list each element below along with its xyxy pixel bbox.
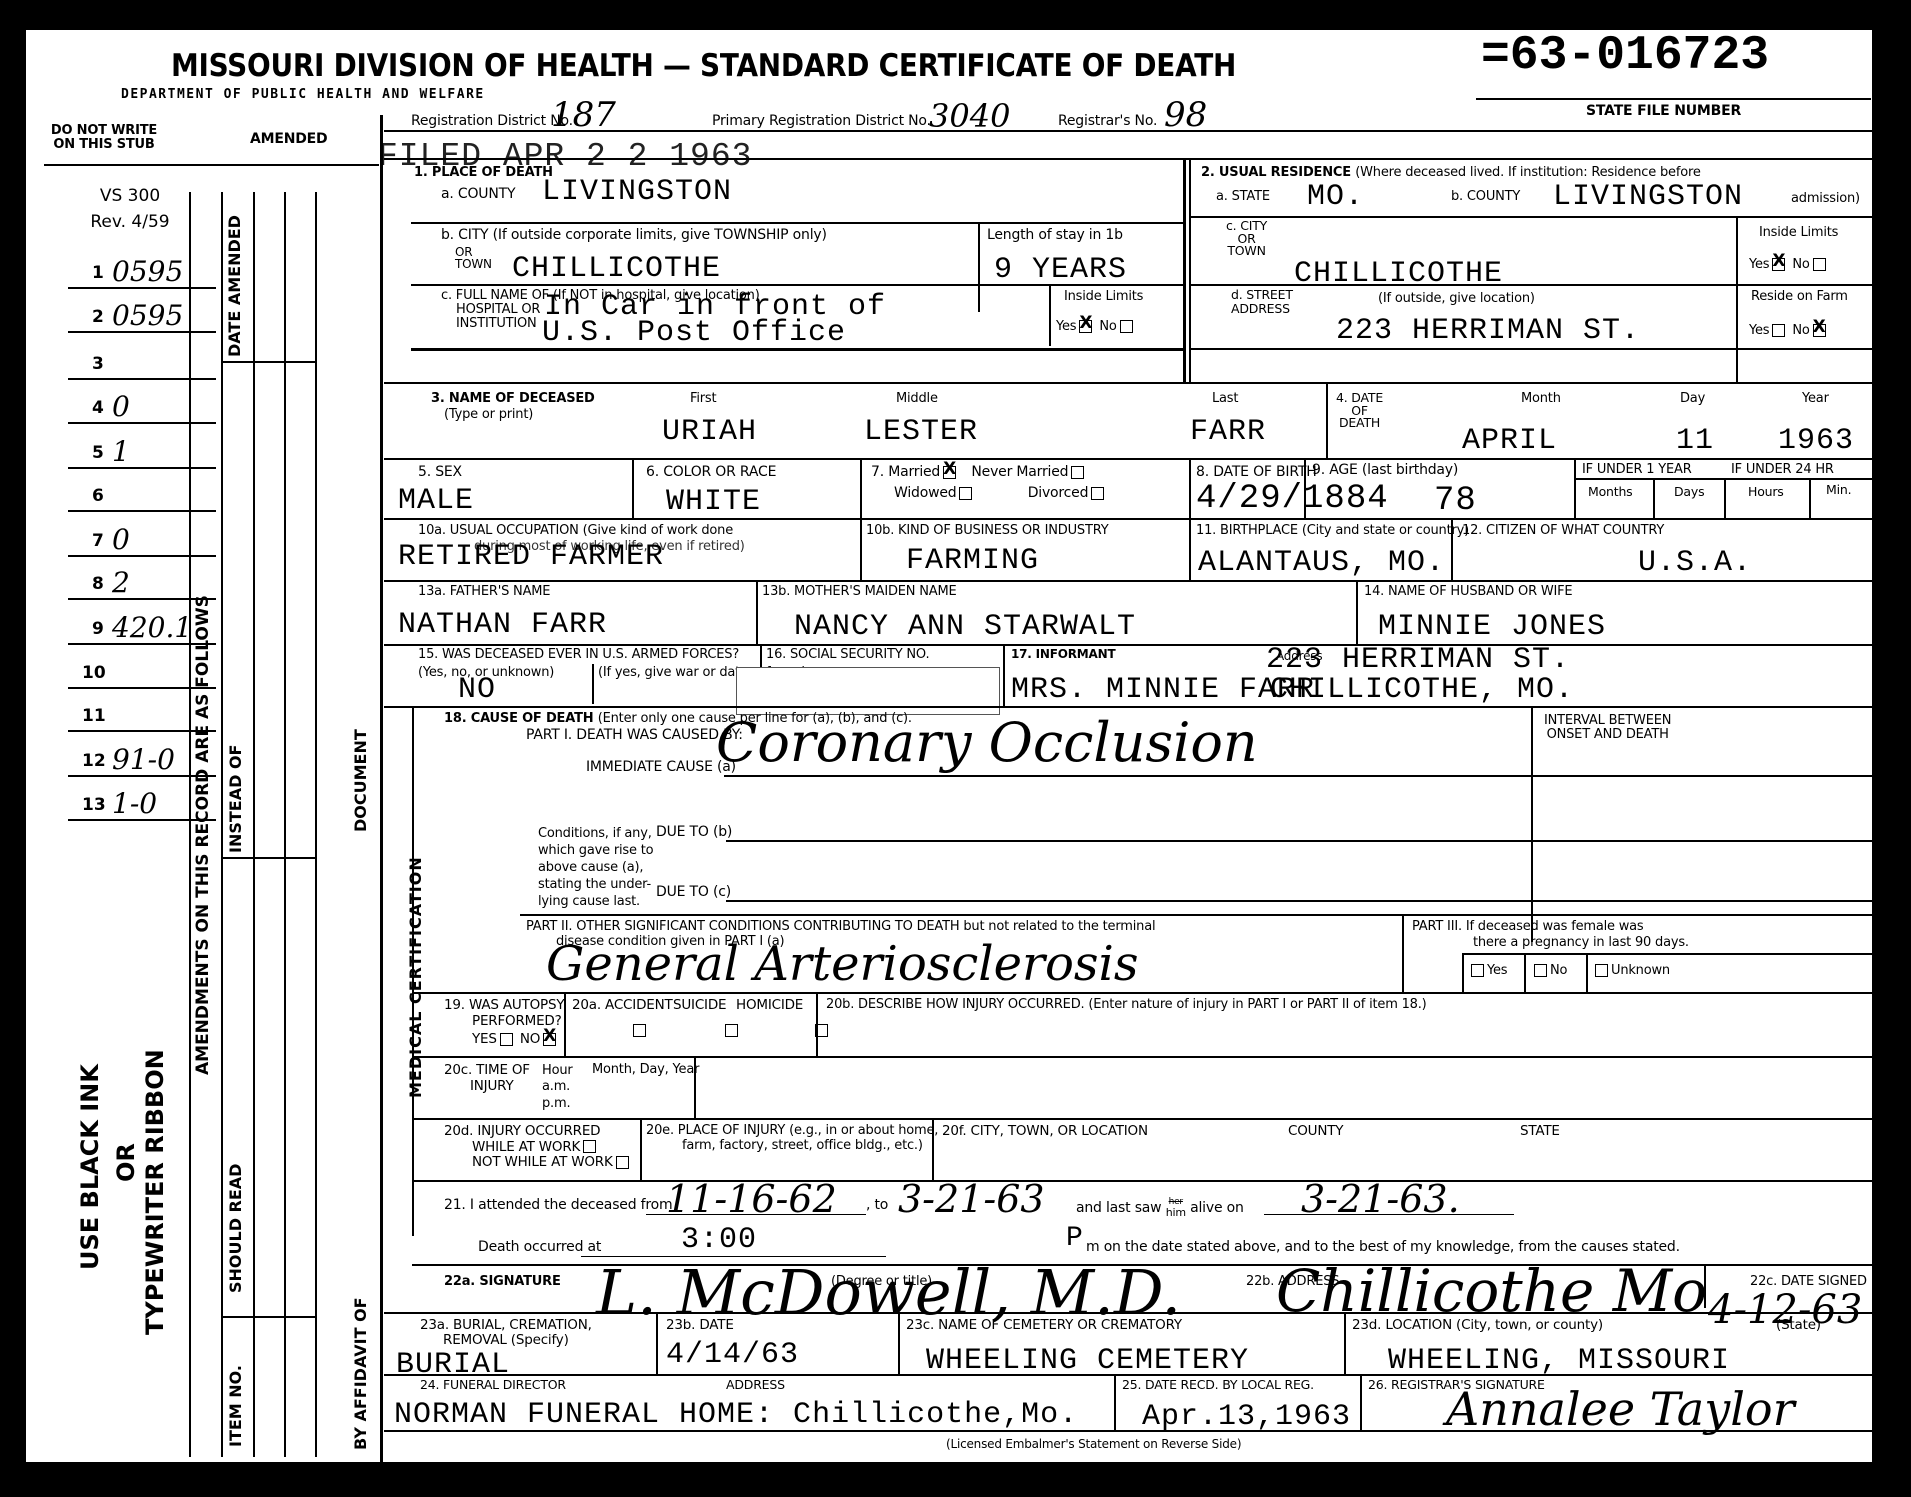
stub-row-number: 5 bbox=[92, 443, 104, 463]
res-inside-limits-yes-checkbox[interactable] bbox=[1772, 258, 1785, 271]
occupation-label: 10a. USUAL OCCUPATION (Give kind of work… bbox=[418, 524, 733, 538]
burial-date-label: 23b. DATE bbox=[666, 1318, 734, 1332]
stub-divider bbox=[380, 115, 383, 1462]
hospital-label-2: HOSPITAL ORINSTITUTION bbox=[456, 303, 540, 332]
divider bbox=[1326, 382, 1328, 460]
res-inside-limits-label: Inside Limits bbox=[1759, 226, 1838, 240]
divider bbox=[1476, 98, 1871, 100]
pregnancy-no-checkbox[interactable] bbox=[1534, 964, 1547, 977]
industry-value: FARMING bbox=[906, 546, 1039, 576]
death-pm-value: P bbox=[1066, 1225, 1084, 1253]
stub-row-value: 0 bbox=[112, 390, 130, 423]
stub-row-line bbox=[68, 331, 216, 333]
date-recd-label: 25. DATE RECD. BY LOCAL REG. bbox=[1122, 1378, 1314, 1391]
name-note: (Type or print) bbox=[444, 408, 533, 422]
injury-county-label: COUNTY bbox=[1288, 1124, 1343, 1138]
stub-row-number: 1 bbox=[92, 263, 104, 283]
admission-note: admission) bbox=[1791, 192, 1860, 206]
stub-row-value: 91-0 bbox=[112, 743, 175, 776]
divider bbox=[1736, 216, 1738, 384]
stub-row-number: 2 bbox=[92, 307, 104, 327]
industry-label: 10b. KIND OF BUSINESS OR INDUSTRY bbox=[866, 524, 1108, 538]
divider bbox=[384, 580, 1872, 582]
divider bbox=[932, 1118, 934, 1180]
divider bbox=[978, 222, 980, 312]
day-label: Day bbox=[1680, 392, 1705, 406]
divider bbox=[412, 992, 1872, 994]
burial-date-value: 4/14/63 bbox=[666, 1340, 799, 1370]
typewriter-ribbon-label: TYPEWRITER RIBBON bbox=[141, 1049, 169, 1335]
sex-label: 5. SEX bbox=[418, 465, 462, 480]
time-injury-label: 20c. TIME OFINJURY bbox=[444, 1063, 530, 1094]
city-label: b. CITY (If outside corporate limits, gi… bbox=[441, 228, 827, 243]
stub-row-number: 11 bbox=[82, 706, 106, 726]
citizen-label: 12. CITIZEN OF WHAT COUNTRY bbox=[1462, 524, 1664, 538]
never-married-checkbox[interactable] bbox=[1071, 466, 1084, 479]
stub-row-line bbox=[68, 378, 216, 380]
stub-row-value: 1-0 bbox=[112, 787, 157, 820]
stub-column-line bbox=[221, 192, 223, 1457]
immediate-line bbox=[724, 775, 1872, 777]
funeral-address-label: ADDRESS bbox=[726, 1378, 785, 1391]
divider bbox=[520, 914, 1872, 916]
reside-on-farm: Yes No bbox=[1749, 324, 1829, 338]
conditions-note-line: above cause (a), bbox=[538, 860, 653, 877]
autopsy-label: 19. WAS AUTOPSYPERFORMED? bbox=[444, 998, 564, 1029]
married-checkbox[interactable] bbox=[943, 466, 956, 479]
state-note: (State) bbox=[1776, 1318, 1821, 1332]
due-to-c-label: DUE TO (c) bbox=[656, 885, 731, 900]
immediate-cause-label: IMMEDIATE CAUSE (a) bbox=[586, 760, 736, 775]
divider bbox=[1003, 644, 1005, 706]
divider bbox=[1189, 158, 1191, 384]
stub-row-line bbox=[68, 467, 216, 469]
divider bbox=[384, 382, 1872, 384]
accident-checkbox[interactable] bbox=[633, 1024, 646, 1037]
mother-value: NANCY ANN STARWALT bbox=[794, 612, 1136, 642]
stub-column-line bbox=[253, 192, 255, 1457]
divider bbox=[411, 284, 1183, 286]
res-street: 223 HERRIMAN ST. bbox=[1336, 316, 1640, 346]
divider bbox=[1189, 216, 1872, 218]
informant-label: 17. INFORMANT bbox=[1011, 648, 1115, 661]
marital-row-1: 7. Married Never Married bbox=[871, 465, 1087, 480]
physician-signature: L. McDowell, M.D. bbox=[596, 1262, 1181, 1324]
divider bbox=[1356, 580, 1358, 644]
armed-forces-label: 15. WAS DECEASED EVER IN U.S. ARMED FORC… bbox=[418, 648, 739, 662]
autopsy-options: YES NO bbox=[472, 1032, 559, 1046]
divider bbox=[1304, 458, 1306, 520]
conditions-note-line: lying cause last. bbox=[538, 894, 653, 911]
conditions-note: Conditions, if any,which gave rise toabo… bbox=[538, 826, 653, 910]
divider bbox=[221, 857, 317, 859]
inside-limits-no-checkbox[interactable] bbox=[1120, 320, 1133, 333]
use-black-ink-label: USE BLACK INK bbox=[76, 1064, 104, 1270]
stub-row-number: 12 bbox=[82, 751, 106, 771]
res-state-label: a. STATE bbox=[1216, 190, 1270, 204]
location-label: 23d. LOCATION (City, town, or county) bbox=[1352, 1318, 1603, 1332]
divider bbox=[1574, 458, 1576, 520]
registrar-signature: Annalee Taylor bbox=[1446, 1386, 1795, 1432]
due-to-b-label: DUE TO (b) bbox=[656, 825, 732, 840]
reside-on-farm-label: Reside on Farm bbox=[1751, 290, 1848, 304]
registration-district-label: Registration District No. bbox=[411, 114, 573, 129]
attended-to-value: 3-21-63 bbox=[898, 1180, 1045, 1218]
stub-row-line bbox=[68, 510, 216, 512]
suicide-checkbox[interactable] bbox=[725, 1024, 738, 1037]
or-town-label: ORTOWN bbox=[455, 246, 492, 270]
stub-row-number: 7 bbox=[92, 531, 104, 551]
stub-row-number: 10 bbox=[82, 663, 106, 683]
mother-label: 13b. MOTHER'S MAIDEN NAME bbox=[762, 585, 957, 599]
stub-row-value: 0 bbox=[112, 523, 130, 556]
dob-value: 4/29/1884 bbox=[1196, 482, 1389, 516]
footer-note: (Licensed Embalmer's Statement on Revers… bbox=[946, 1438, 1241, 1451]
month-label: Month bbox=[1521, 392, 1561, 406]
middle-label: Middle bbox=[896, 392, 938, 406]
conditions-note-line: stating the under- bbox=[538, 877, 653, 894]
divider bbox=[384, 644, 1872, 646]
death-county: LIVINGSTON bbox=[542, 177, 732, 207]
amended-label: AMENDED bbox=[250, 132, 327, 147]
registrar-no-value: 98 bbox=[1164, 98, 1207, 132]
divider bbox=[640, 1118, 642, 1180]
suicide-label: SUICIDE bbox=[673, 998, 726, 1012]
stub-row-value: 1 bbox=[112, 435, 130, 468]
homicide-label: HOMICIDE bbox=[736, 998, 803, 1012]
inside-limits-yes-checkbox[interactable] bbox=[1079, 320, 1092, 333]
stub-row-number: 9 bbox=[92, 619, 104, 639]
divider bbox=[384, 458, 1872, 460]
conditions-note-line: which gave rise to bbox=[538, 843, 653, 860]
death-year: 1963 bbox=[1778, 426, 1854, 456]
race-value: WHITE bbox=[666, 487, 761, 517]
ssn-label: 16. SOCIAL SECURITY NO. bbox=[766, 648, 929, 662]
divider bbox=[898, 1312, 900, 1374]
death-inside-limits: Yes No bbox=[1056, 320, 1136, 334]
while-at-work-checkbox[interactable] bbox=[583, 1140, 596, 1153]
attended-label: 21. I attended the deceased from bbox=[444, 1198, 672, 1213]
county-label: a. COUNTY bbox=[441, 187, 515, 202]
stub-row-value: 420.1 bbox=[112, 611, 192, 644]
res-street-note: (If outside, give location) bbox=[1378, 292, 1535, 306]
age-label: 9. AGE (last birthday) bbox=[1312, 463, 1458, 478]
stub-row-line bbox=[68, 287, 216, 289]
document-label: DOCUMENT bbox=[351, 729, 370, 832]
divider bbox=[1189, 518, 1191, 580]
pregnancy-yes-checkbox[interactable] bbox=[1471, 964, 1484, 977]
divider bbox=[411, 222, 1183, 224]
funeral-director-value: NORMAN FUNERAL HOME: Chillicothe,Mo. bbox=[394, 1400, 1078, 1430]
date-amended-label: DATE AMENDED bbox=[225, 215, 244, 357]
res-state: MO. bbox=[1307, 182, 1364, 212]
autopsy-yes-checkbox[interactable] bbox=[500, 1033, 513, 1046]
divider bbox=[384, 1312, 1872, 1314]
informant-address-2: CHILLICOTHE, MO. bbox=[1270, 675, 1574, 705]
state-file-number-label: STATE FILE NUMBER bbox=[1586, 104, 1741, 119]
divider bbox=[412, 1118, 1872, 1120]
city-injury-label: 20f. CITY, TOWN, OR LOCATION bbox=[942, 1124, 1148, 1138]
inside-limits-label: Inside Limits bbox=[1064, 290, 1143, 304]
divider bbox=[860, 458, 862, 520]
citizen-value: U.S.A. bbox=[1638, 548, 1752, 578]
death-city: CHILLICOTHE bbox=[512, 254, 721, 284]
part1-label: PART I. DEATH WAS CAUSED BY: bbox=[526, 728, 743, 743]
first-label: First bbox=[690, 392, 716, 406]
divider bbox=[1531, 706, 1533, 942]
immediate-cause-value: Coronary Occlusion bbox=[716, 716, 1258, 770]
divider bbox=[860, 518, 862, 580]
divider bbox=[756, 580, 758, 644]
sex-value: MALE bbox=[398, 486, 474, 516]
divider bbox=[592, 664, 594, 704]
under-1-year-label: IF UNDER 1 YEAR bbox=[1582, 463, 1692, 477]
widowed-checkbox[interactable] bbox=[959, 487, 972, 500]
stub-row-value: 0595 bbox=[112, 299, 183, 332]
divider bbox=[1189, 284, 1872, 286]
divider bbox=[384, 706, 1872, 708]
hospital-line-2: U.S. Post Office bbox=[542, 318, 846, 348]
stub-row-line bbox=[68, 422, 216, 424]
father-label: 13a. FATHER'S NAME bbox=[418, 585, 550, 599]
divider bbox=[1189, 458, 1191, 520]
divider bbox=[1344, 1312, 1346, 1374]
primary-registration-label: Primary Registration District No. bbox=[712, 114, 931, 129]
divider bbox=[384, 158, 1872, 160]
divider bbox=[1524, 953, 1526, 993]
registration-district-value: 187 bbox=[551, 98, 616, 132]
days-label: Days bbox=[1674, 485, 1704, 498]
first-name: URIAH bbox=[662, 417, 757, 447]
how-injury-label: 20b. DESCRIBE HOW INJURY OCCURRED. (Ente… bbox=[826, 998, 1427, 1012]
do-not-write-label: DO NOT WRITE ON THIS STUB bbox=[44, 124, 164, 151]
divider bbox=[412, 1180, 1872, 1182]
registrar-no-label: Registrar's No. bbox=[1058, 114, 1157, 129]
divider bbox=[1586, 953, 1588, 993]
informant-address-1: 223 HERRIMAN ST. bbox=[1266, 645, 1570, 675]
divider bbox=[411, 348, 1183, 351]
divider bbox=[632, 458, 634, 520]
usual-residence-label: 2. USUAL RESIDENCE (Where deceased lived… bbox=[1201, 166, 1701, 180]
part3-label-1: PART III. If deceased was female was bbox=[1412, 920, 1644, 934]
due-to-b-line bbox=[726, 840, 1872, 842]
divider bbox=[221, 361, 317, 363]
spouse-label: 14. NAME OF HUSBAND OR WIFE bbox=[1364, 585, 1572, 599]
last-saw-label: and last saw herhim alive on bbox=[1076, 1198, 1244, 1218]
divider bbox=[1049, 284, 1051, 346]
pregnancy-no: No bbox=[1531, 964, 1567, 978]
stub-row-number: 6 bbox=[92, 486, 104, 506]
autopsy-no-checkbox[interactable] bbox=[543, 1033, 556, 1046]
divider bbox=[1462, 953, 1464, 993]
res-street-label: d. STREETADDRESS bbox=[1231, 288, 1293, 316]
death-month: APRIL bbox=[1462, 426, 1557, 456]
marital-row-2: Widowed Divorced bbox=[894, 486, 1107, 501]
stub-column-line bbox=[189, 192, 191, 1457]
hour-label: Houra.m.p.m. bbox=[542, 1063, 573, 1112]
location-value: WHEELING, MISSOURI bbox=[1388, 1346, 1730, 1376]
not-while-at-work-checkbox[interactable] bbox=[616, 1156, 629, 1169]
department-subtitle: DEPARTMENT OF PUBLIC HEALTH AND WELFARE bbox=[121, 88, 485, 102]
res-inside-limits: Yes No bbox=[1749, 258, 1829, 272]
last-name: FARR bbox=[1190, 417, 1266, 447]
min-label: Min. bbox=[1826, 483, 1851, 496]
attended-from-value: 11-16-62 bbox=[666, 1180, 837, 1218]
divider bbox=[384, 518, 1872, 520]
form-number: VS 300 Rev. 4/59 bbox=[80, 186, 180, 232]
primary-registration-value: 3040 bbox=[929, 100, 1010, 132]
father-value: NATHAN FARR bbox=[398, 610, 607, 640]
divider bbox=[384, 1374, 1872, 1376]
divider bbox=[412, 1056, 1872, 1058]
stub-column-line bbox=[315, 192, 317, 1457]
divider bbox=[221, 1316, 317, 1318]
last-saw-date: 3-21-63. bbox=[1301, 1180, 1460, 1218]
divider bbox=[44, 164, 379, 166]
disposition-label: 23a. BURIAL, CREMATION,REMOVAL (Specify) bbox=[420, 1318, 592, 1348]
divider bbox=[1704, 1264, 1706, 1308]
reside-farm-yes-checkbox[interactable] bbox=[1772, 324, 1785, 337]
divider bbox=[384, 1430, 1872, 1432]
res-city-label: c. CITYORTOWN bbox=[1226, 220, 1267, 258]
divider bbox=[1809, 478, 1811, 520]
res-county-label: b. COUNTY bbox=[1451, 190, 1520, 204]
due-to-c-line bbox=[726, 900, 1872, 902]
length-of-stay-label: Length of stay in 1b bbox=[987, 228, 1123, 243]
reside-farm-no-checkbox[interactable] bbox=[1813, 324, 1826, 337]
date-recd-value: Apr.13,1963 bbox=[1142, 1402, 1351, 1432]
interval-label: INTERVAL BETWEENONSET AND DEATH bbox=[1544, 714, 1671, 743]
stub-row-number: 3 bbox=[92, 354, 104, 374]
part3-label-2: there a pregnancy in last 90 days. bbox=[1473, 936, 1689, 950]
birthplace-value: ALANTAUS, MO. bbox=[1198, 548, 1445, 578]
or-label: OR bbox=[112, 1143, 140, 1182]
instead-of-label: INSTEAD OF bbox=[226, 745, 245, 853]
part2-value: General Arteriosclerosis bbox=[546, 940, 1138, 988]
stub-row-number: 8 bbox=[92, 574, 104, 594]
divider bbox=[1451, 518, 1453, 580]
length-of-stay-value: 9 YEARS bbox=[994, 255, 1127, 285]
injury-work-label: 20d. INJURY OCCURRED WHILE AT WORK NOT W… bbox=[444, 1124, 632, 1171]
divider bbox=[384, 130, 1872, 132]
conditions-note-line: Conditions, if any, bbox=[538, 826, 653, 843]
date-of-death-label: 4. DATEOFDEATH bbox=[1336, 392, 1383, 430]
pregnancy-yes: Yes bbox=[1468, 964, 1507, 978]
by-affidavit-label: BY AFFIDAVIT OF bbox=[351, 1297, 370, 1450]
name-label: 3. NAME OF DECEASED bbox=[431, 392, 595, 406]
divider bbox=[1402, 914, 1404, 994]
res-county: LIVINGSTON bbox=[1553, 182, 1743, 212]
divider bbox=[564, 992, 566, 1056]
cemetery-label: 23c. NAME OF CEMETERY OR CREMATORY bbox=[906, 1318, 1182, 1332]
stub-row-value: 2 bbox=[112, 566, 130, 599]
stub-row-number: 13 bbox=[82, 795, 106, 815]
to-label: , to bbox=[866, 1198, 888, 1213]
armed-forces-value: NO bbox=[458, 675, 496, 705]
stub-row-number: 4 bbox=[92, 398, 104, 418]
divider bbox=[1189, 348, 1872, 350]
death-occurred-label: Death occurred at bbox=[478, 1240, 601, 1255]
medical-certification-label: MEDICAL CERTIFICATION bbox=[406, 856, 425, 1098]
under-24-hr-label: IF UNDER 24 HR bbox=[1731, 463, 1834, 477]
injury-state-label: STATE bbox=[1520, 1124, 1560, 1138]
race-label: 6. COLOR OR RACE bbox=[646, 465, 776, 480]
age-value: 78 bbox=[1434, 484, 1477, 518]
place-injury-label: 20e. PLACE OF INJURY (e.g., in or about … bbox=[646, 1124, 938, 1154]
year-label: Year bbox=[1802, 392, 1829, 406]
cemetery-value: WHEELING CEMETERY bbox=[926, 1346, 1249, 1376]
res-inside-limits-no-checkbox[interactable] bbox=[1813, 258, 1826, 271]
divider bbox=[1360, 1374, 1362, 1430]
divider bbox=[1183, 158, 1186, 384]
funeral-director-label: 24. FUNERAL DIRECTOR bbox=[420, 1378, 566, 1391]
state-file-number: =63-016723 bbox=[1481, 32, 1769, 80]
place-of-death-label: 1. PLACE OF DEATH bbox=[414, 166, 553, 180]
stub-column-line bbox=[284, 192, 286, 1457]
certificate-title: MISSOURI DIVISION OF HEALTH — STANDARD C… bbox=[171, 48, 1236, 84]
pregnancy-unknown-checkbox[interactable] bbox=[1595, 964, 1608, 977]
accident-label: 20a. ACCIDENT bbox=[572, 998, 673, 1012]
stub-row-value: 0595 bbox=[112, 255, 183, 288]
death-certificate: MISSOURI DIVISION OF HEALTH — STANDARD C… bbox=[26, 30, 1872, 1462]
occupation-value: RETIRED FARMER bbox=[398, 542, 664, 572]
spouse-value: MINNIE JONES bbox=[1378, 612, 1606, 642]
signature-label: 22a. SIGNATURE bbox=[444, 1275, 561, 1289]
birthplace-label: 11. BIRTHPLACE (City and state or countr… bbox=[1196, 524, 1469, 538]
mdy-label: Month, Day, Year bbox=[592, 1063, 699, 1077]
divorced-checkbox[interactable] bbox=[1091, 487, 1104, 500]
months-label: Months bbox=[1588, 485, 1633, 498]
amendments-label: AMENDMENTS ON THIS RECORD ARE AS FOLLOWS bbox=[193, 595, 213, 1075]
divider bbox=[1574, 478, 1872, 480]
death-time-value: 3:00 bbox=[681, 1225, 757, 1255]
middle-name: LESTER bbox=[864, 417, 978, 447]
death-statement: m on the date stated above, and to the b… bbox=[1086, 1240, 1680, 1255]
divider bbox=[1114, 1374, 1116, 1430]
last-label: Last bbox=[1212, 392, 1238, 406]
part2-label: PART II. OTHER SIGNIFICANT CONDITIONS CO… bbox=[526, 920, 1155, 934]
pregnancy-unknown: Unknown bbox=[1592, 964, 1670, 978]
should-read-label: SHOULD READ bbox=[226, 1164, 245, 1293]
divider bbox=[656, 1312, 658, 1374]
dob-label: 8. DATE OF BIRTH bbox=[1196, 465, 1317, 480]
divider bbox=[816, 992, 818, 1056]
stub-row-line bbox=[68, 555, 216, 557]
death-day: 11 bbox=[1676, 426, 1714, 456]
item-no-label: ITEM NO. bbox=[226, 1365, 245, 1447]
hours-label: Hours bbox=[1748, 485, 1784, 498]
divider bbox=[1724, 478, 1726, 520]
divider bbox=[1653, 478, 1655, 520]
divider bbox=[694, 1056, 696, 1118]
